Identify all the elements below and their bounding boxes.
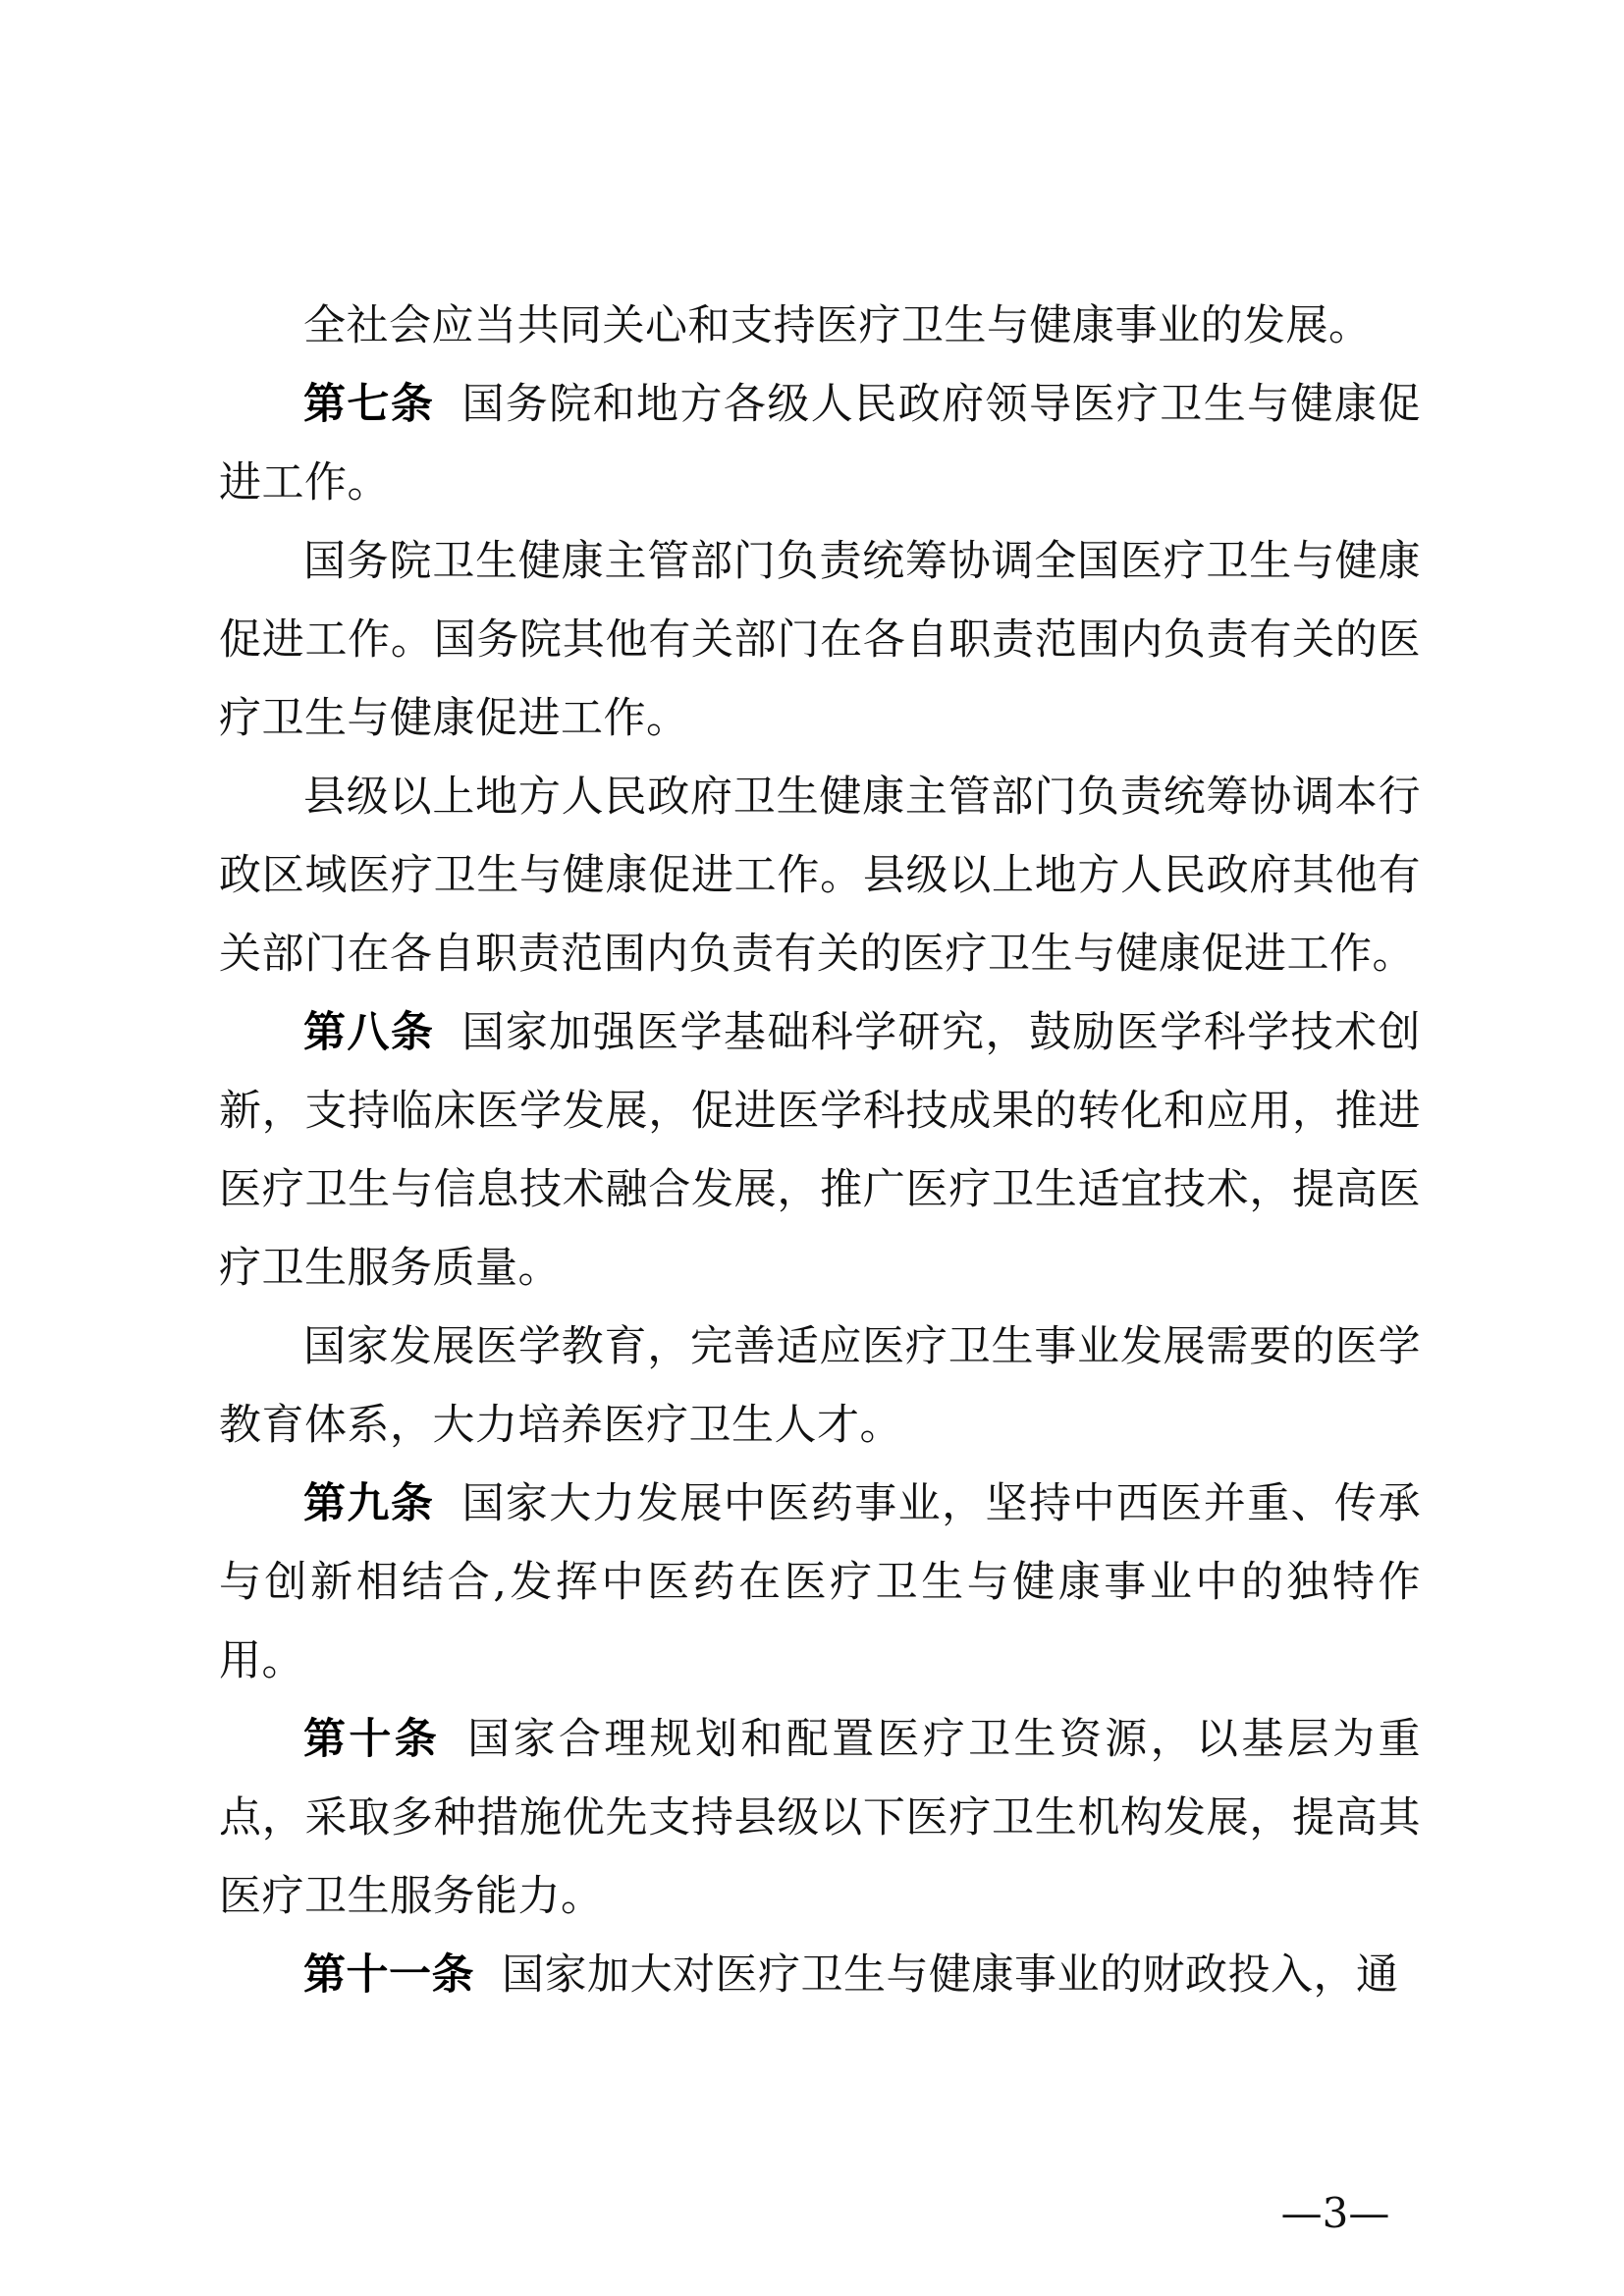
paragraph: 全社会应当共同关心和支持医疗卫生与健康事业的发展。 <box>219 287 1421 365</box>
article-number: 第七条 <box>303 380 434 429</box>
paragraph-article-11: 第十一条国家加大对医疗卫生与健康事业的财政投入，通 <box>219 1936 1421 2014</box>
paragraph-article-7: 第七条国务院和地方各级人民政府领导医疗卫生与健康促进工作。 <box>219 365 1421 522</box>
paragraph-article-8: 第八条国家加强医学基础科学研究，鼓励医学科学技术创新，支持临床医学发展，促进医学… <box>219 993 1421 1308</box>
paragraph-article-10: 第十条国家合理规划和配置医疗卫生资源，以基层为重点，采取多种措施优先支持县级以下… <box>219 1700 1421 1936</box>
article-number: 第十一条 <box>303 1950 474 2000</box>
document-page: 全社会应当共同关心和支持医疗卫生与健康事业的发展。 第七条国务院和地方各级人民政… <box>0 0 1624 2296</box>
paragraph: 县级以上地方人民政府卫生健康主管部门负责统筹协调本行政区域医疗卫生与健康促进工作… <box>219 758 1421 993</box>
article-number: 第八条 <box>303 1008 434 1057</box>
paragraph-text: 国家加大对医疗卫生与健康事业的财政投入，通 <box>502 1950 1399 2000</box>
paragraph-text: 县级以上地方人民政府卫生健康主管部门负责统筹协调本行政区域医疗卫生与健康促进工作… <box>219 773 1421 979</box>
paragraph-article-9: 第九条国家大力发展中医药事业，坚持中西医并重、传承与创新相结合,发挥中医药在医疗… <box>219 1465 1421 1700</box>
paragraph-text: 国家发展医学教育，完善适应医疗卫生事业发展需要的医学教育体系，大力培养医疗卫生人… <box>219 1322 1421 1450</box>
article-number: 第十条 <box>303 1715 440 1764</box>
article-number: 第九条 <box>303 1479 434 1528</box>
page-number: —3— <box>1272 2191 1399 2236</box>
paragraph-text: 全社会应当共同关心和支持医疗卫生与健康事业的发展。 <box>303 301 1372 350</box>
document-text-block: 全社会应当共同关心和支持医疗卫生与健康事业的发展。 第七条国务院和地方各级人民政… <box>219 287 1421 2014</box>
paragraph-text: 国务院卫生健康主管部门负责统筹协调全国医疗卫生与健康促进工作。国务院其他有关部门… <box>219 537 1421 743</box>
paragraph: 国家发展医学教育，完善适应医疗卫生事业发展需要的医学教育体系，大力培养医疗卫生人… <box>219 1308 1421 1465</box>
paragraph: 国务院卫生健康主管部门负责统筹协调全国医疗卫生与健康促进工作。国务院其他有关部门… <box>219 522 1421 758</box>
